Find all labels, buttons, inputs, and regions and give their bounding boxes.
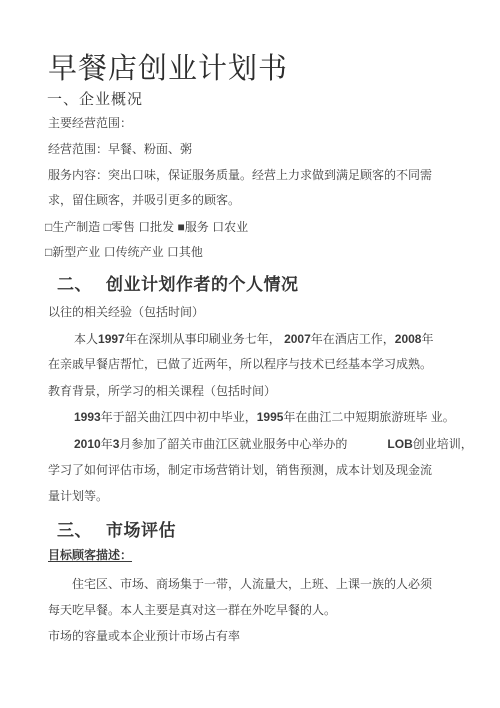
section-2-title: 创业计划作者的个人情况 xyxy=(106,275,299,294)
education-label-line: 教育背景，所学习的相关课程（包括时间） xyxy=(48,383,276,400)
text-segment: 年在酒店工作， xyxy=(311,332,395,346)
section-3-number: 三、 xyxy=(57,521,92,540)
education-line-1: 1993年于韶关曲江四中初中毕业，1995年在曲江二中短期旅游班毕 业。 xyxy=(74,409,455,426)
target-customer-label: 目标顾客描述： xyxy=(48,547,132,564)
text-segment: 月参加了韶关市曲江区就业服务中心举办的 xyxy=(119,437,347,451)
year-bold: 2010 xyxy=(74,437,101,451)
business-scope-label-line: 主要经营范围： xyxy=(48,115,132,132)
document-title: 早餐店创业计划书 xyxy=(48,46,288,87)
experience-line-2: 在亲戚早餐店帮忙，已做了近两年，所以程序与技术已经基本学习成熟。 xyxy=(48,356,432,373)
text-segment: 年于韶关曲江四中初中毕业， xyxy=(101,410,257,424)
year-bold: 1997 xyxy=(98,332,125,346)
year-bold: 1993 xyxy=(74,410,101,424)
service-content-line-1: 服务内容：突出口味，保证服务质量。经营上力求做到满足顾客的不同需 xyxy=(48,167,432,184)
section-heading-3: 三、市场评估 xyxy=(57,516,176,541)
section-heading-2: 二、创业计划作者的个人情况 xyxy=(57,270,299,295)
business-scope-line: 经营范围：早餐、粉面、粥 xyxy=(48,141,192,158)
education-line-2: 2010年3月参加了韶关市曲江区就业服务中心举办的LOB创业培训， xyxy=(74,436,473,453)
text-segment: 年 xyxy=(421,332,433,346)
text-segment: 年在深圳从事印刷业务七年， xyxy=(125,332,284,346)
document-page: 早餐店创业计划书 一、企业概况 主要经营范围： 经营范围：早餐、粉面、粥 服务内… xyxy=(0,0,500,708)
section-2-number: 二、 xyxy=(57,275,92,294)
market-capacity-line: 市场的容量或本企业预计市场占有率 xyxy=(48,628,240,645)
section-heading-1: 一、企业概况 xyxy=(47,88,143,109)
year-bold: 1995 xyxy=(257,410,284,424)
industry-checkbox-line-1: □生产制造 □零售 口批发 ■服务 口农业 xyxy=(45,219,248,236)
target-customer-line-1: 住宅区、市场、商场集于一带，人流量大，上班、上课一族的人必须 xyxy=(72,576,432,593)
text-segment: 创业培训， xyxy=(413,437,473,451)
service-content-line-2: 求，留住顾客，并吸引更多的顾客。 xyxy=(48,192,240,209)
education-line-3: 学习了如何评估市场，制定市场营销计划，销售预测，成本计划及现金流 xyxy=(48,462,432,479)
text-segment: 年 xyxy=(101,437,113,451)
section-3-title: 市场评估 xyxy=(106,521,176,540)
underlined-label: 目标顾客描述： xyxy=(48,548,132,562)
experience-label-line: 以往的相关经验（包括时间） xyxy=(48,304,204,321)
experience-line-1: 本人1997年在深圳从事印刷业务七年， 2007年在酒店工作，2008年 xyxy=(74,331,434,348)
industry-checkbox-line-2: □新型产业 口传统产业 口其他 xyxy=(45,244,203,261)
text-segment: 年在曲江二中短期旅游班毕 业。 xyxy=(283,410,454,424)
text-segment: 本人 xyxy=(74,332,98,346)
year-bold: 2007 xyxy=(284,332,311,346)
education-line-4: 量计划等。 xyxy=(48,488,108,505)
year-bold: 2008 xyxy=(395,332,422,346)
target-customer-line-2: 每天吃早餐。本人主要是真对这一群在外吃早餐的人。 xyxy=(48,602,336,619)
lob-bold: LOB xyxy=(387,437,412,451)
